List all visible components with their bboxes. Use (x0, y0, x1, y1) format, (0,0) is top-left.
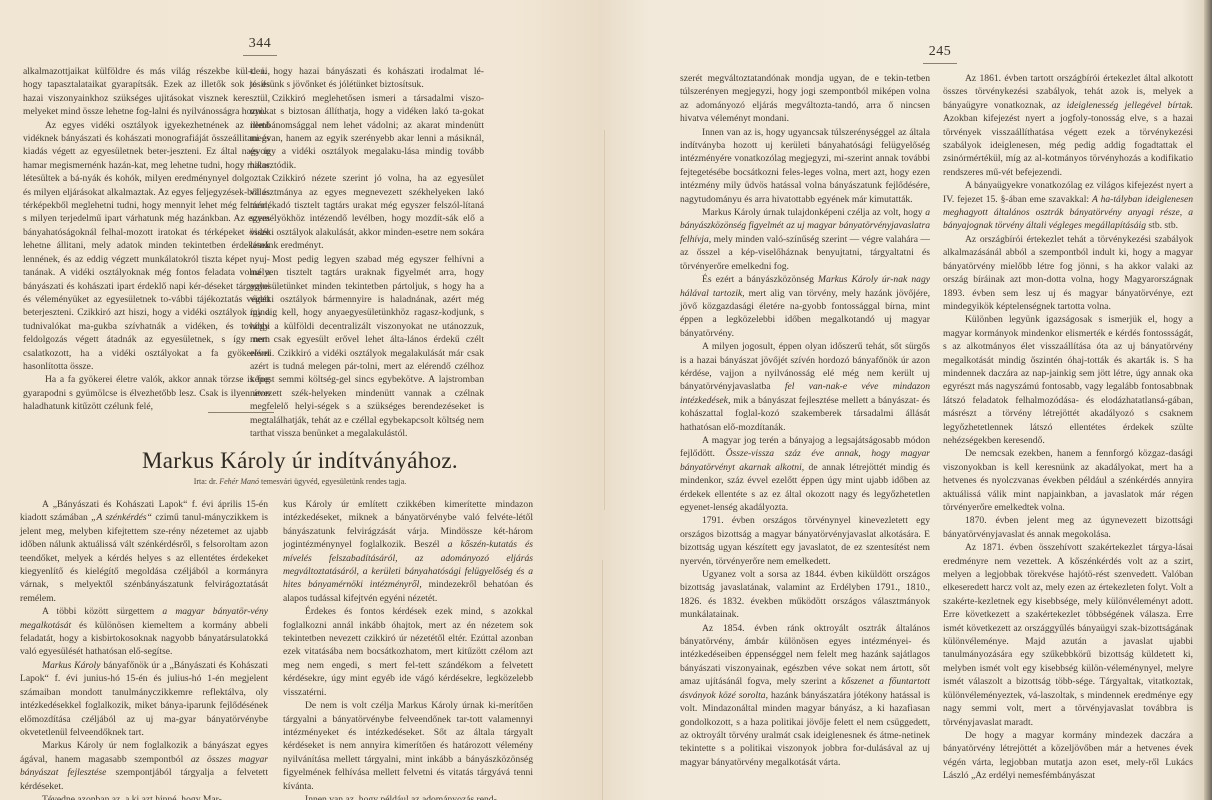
paragraph: alkalmazottjaikat külföldre és más világ… (23, 65, 270, 119)
page-edge-shadow (1204, 0, 1212, 800)
right-column-2: Az 1861. évben tartott országbírói értek… (943, 72, 1193, 783)
paragraph: A magyar jog terén a bányajog a legsaját… (680, 434, 930, 514)
paragraph: t. i. hogy hazai bányászati és kohászati… (250, 65, 484, 92)
text-run: De hogy a magyar kormány mindezek daczár… (943, 730, 1193, 781)
text-run: Innen van az, hogy például az adományozá… (305, 794, 497, 800)
gutter-fold (604, 130, 605, 510)
text-run: bányafőnök úr a „Bányászati és Kohászati… (20, 660, 268, 738)
text-run: hazánk bányászatára jótékony hatással is… (680, 690, 930, 768)
paragraph: De nem is volt czélja Markus Károly úrna… (283, 699, 533, 793)
text-run: Ugyanez volt a sorsa az 1844. évben kikü… (680, 569, 930, 620)
article-byline: Irta: dr. Fehér Manó temesvári ügyvéd, e… (0, 477, 600, 486)
paragraph: És ezért a bányászközönség Markus Károly… (680, 273, 930, 340)
text-run: Az 1871. évben összehívott szakértekezle… (943, 542, 1193, 727)
left-column-2-bottom: kus Károly úr említett czikkében kimerít… (283, 498, 533, 800)
book-spread: 344 alkalmazottjaikat külföldre és más v… (0, 0, 1212, 800)
text-run: Különben legyünk igazságosak s ismerjük … (943, 314, 1193, 446)
text-run: szerét megváltoztatandónak mondja ugyan,… (680, 73, 930, 124)
byline-prefix: Irta: dr. (194, 477, 220, 486)
right-page: 245 szerét megváltoztatandónak mondja ug… (600, 0, 1212, 800)
paragraph: Az 1871. évben összehívott szakértekezle… (943, 541, 1193, 729)
paragraph: 1791. évben országos törvénynyel kinevez… (680, 514, 930, 568)
text-run: Érdekes és fontos kérdések ezek mind, s … (283, 606, 533, 697)
page-number-right: 245 (910, 44, 970, 64)
emphasis-text: „A szénkérdés“ (91, 512, 152, 523)
emphasis-text: Markus Károly (42, 660, 100, 671)
paragraph: Az országbírói értekezlet tehát a törvén… (943, 233, 1193, 313)
text-run: Markus Károly úrnak tulajdonképeni czélj… (702, 207, 925, 218)
article-title: Markus Károly úr indítványához. (0, 448, 600, 474)
page-number-left: 344 (230, 36, 290, 56)
left-page: 344 alkalmazottjaikat külföldre és más v… (0, 0, 600, 800)
gutter-fold-lower (602, 560, 603, 800)
left-column-1-bottom: A „Bányászati és Kohászati Lapok“ f. évi… (20, 498, 268, 800)
paragraph: Érdekes és fontos kérdések ezek mind, s … (283, 605, 533, 699)
text-run: Innen van az is, hogy ugyancsak túlszeré… (680, 127, 930, 205)
paragraph: kus Károly úr említett czikkében kimerít… (283, 498, 533, 605)
paragraph: szerét megváltoztatandónak mondja ugyan,… (680, 72, 930, 126)
right-column-1: szerét megváltoztatandónak mondja ugyan,… (680, 72, 930, 769)
byline-suffix: temesvári ügyvéd, egyesületünk rendes ta… (259, 477, 406, 486)
paragraph: De nemcsak ezekben, hanem a fennforgó kö… (943, 447, 1193, 514)
text-run: stb. stb. (1146, 220, 1178, 231)
paragraph: Markus Károly bányafőnök úr a „Bányászat… (20, 659, 268, 739)
paragraph: Markus Károly úr nem foglalkozik a bányá… (20, 739, 268, 793)
text-run: mely minden való-színűség szerint — végr… (680, 234, 930, 272)
byline-author: Fehér Manó (219, 477, 259, 486)
text-run: De nemcsak ezekben, hanem a fennforgó kö… (943, 448, 1193, 513)
text-run: 1791. évben országos törvénynyel kinevez… (680, 515, 930, 566)
paragraph: Az 1861. évben tartott országbírói értek… (943, 72, 1193, 179)
paragraph: A milyen jogosult, éppen olyan időszerű … (680, 340, 930, 434)
paragraph: Különben legyünk igazságosak s ismerjük … (943, 313, 1193, 447)
text-run: czimű tanul-mányczikkem is jelent meg, m… (20, 512, 268, 603)
text-run: Tévedne azonban az, a ki azt hinné, hogy… (42, 794, 222, 800)
paragraph: Czikkiró nézete szerint jó volna, ha az … (250, 172, 484, 252)
paragraph: Most pedig legyen szabad még egyszer fel… (250, 253, 484, 441)
paragraph: Tévedne azonban az, a ki azt hinné, hogy… (20, 793, 268, 800)
left-column-1-top: alkalmazottjaikat külföldre és más világ… (23, 65, 270, 414)
text-run: De nem is volt czélja Markus Károly úrna… (283, 700, 533, 791)
paragraph: Innen van az is, hogy ugyancsak túlszeré… (680, 126, 930, 206)
text-run: És ezért a bányászközönség (702, 274, 818, 285)
paragraph: Ha a fa gyökerei életre valók, akkor ann… (23, 373, 270, 413)
paragraph: Ugyanez volt a sorsa az 1844. évben kikü… (680, 568, 930, 622)
section-divider (208, 412, 274, 413)
paragraph: A bányaügyekre vonatkozólag ez világos k… (943, 179, 1193, 233)
paragraph: Az egyes vidéki osztályok igyekezhetnéne… (23, 119, 270, 374)
paragraph: Czikkiró meglehetősen ismeri a társadalm… (250, 92, 484, 172)
paragraph: Markus Károly úrnak tulajdonképeni czélj… (680, 206, 930, 273)
paragraph: 1870. évben jelent meg az úgynevezett bi… (943, 514, 1193, 541)
text-run: A többi között sürgettem (42, 606, 162, 617)
emphasis-text: az ideiglenesség jellegével bírtak. (1052, 100, 1193, 111)
text-run: Azokban kifejezést nyert a jogfoly-tonos… (943, 113, 1193, 178)
paragraph: De hogy a magyar kormány mindezek daczár… (943, 729, 1193, 783)
text-run: Az országbírói értekezlet tehát a törvén… (943, 234, 1193, 312)
paragraph: A többi között sürgettem a magyar bányat… (20, 605, 268, 659)
paragraph: Az 1854. évben ránk oktroyált osztrák ál… (680, 622, 930, 769)
left-column-2-top: t. i. hogy hazai bányászati és kohászati… (250, 65, 484, 440)
paragraph: Innen van az, hogy például az adományozá… (283, 793, 533, 800)
paragraph: A „Bányászati és Kohászati Lapok“ f. évi… (20, 498, 268, 605)
text-run: 1870. évben jelent meg az úgynevezett bi… (943, 515, 1193, 539)
